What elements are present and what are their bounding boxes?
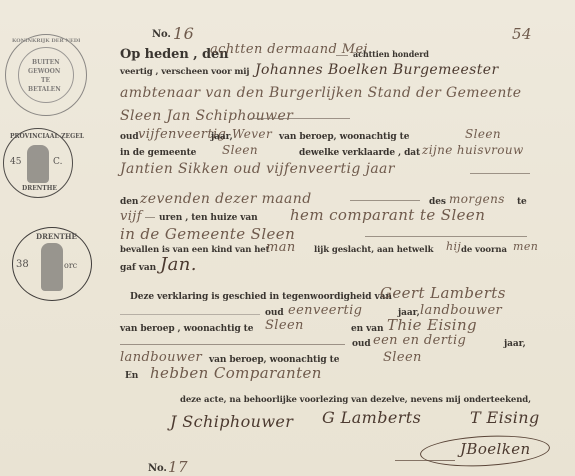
text-veertig: veertig , verscheen voor mij [120, 67, 249, 77]
entry-number: 16 [173, 24, 194, 43]
text-year-prefix: achttien honderd [353, 49, 429, 59]
hand-comparanten: hebben Comparanten [150, 364, 322, 382]
hand-men: men [513, 240, 538, 253]
hand-residence: Sleen [465, 127, 501, 141]
crown-emblem-icon [41, 243, 63, 291]
hand-wife: zijne huisvrouw [422, 143, 524, 157]
text-deze-verklaring: Deze verklaring is geschied in tegenwoor… [130, 292, 392, 302]
text-gaf-van: gaf van [120, 263, 156, 273]
hand-hour: vijf [120, 209, 142, 224]
fill-line [250, 118, 350, 119]
stamp-line: GEWOON [28, 68, 60, 75]
signature-underline [395, 460, 455, 461]
stamp-ring-top: PROVINCIAAL-ZEGEL [10, 133, 84, 140]
hand-witness-2: Thie Eising [387, 316, 477, 334]
stamp-value-left: 45 [10, 157, 21, 167]
signature-witness-2: T Eising [470, 408, 540, 427]
register-page: KONINKRIJK DER NEDERLANDEN BUITEN GEWOON… [0, 0, 575, 476]
stamp-value-right: orc [64, 261, 77, 270]
fill-line [470, 173, 530, 174]
text-oud: oud [352, 339, 371, 349]
hand-witness-2-residence: Sleen [383, 350, 422, 365]
hand-occupation: Wever [232, 127, 272, 141]
stamp-line: TE [41, 77, 50, 84]
text-beroep: van beroep, woonachtig te [279, 132, 409, 142]
hand-municipality: Sleen [222, 143, 258, 157]
hand-witness-2-occupation: landbouwer [120, 350, 202, 365]
text-jaar: jaar, [211, 132, 233, 142]
hand-child-name: Jan. [160, 254, 197, 275]
text-en: En [125, 371, 138, 381]
signature-declarant: J Schiphouwer [170, 412, 293, 431]
fill-line [336, 55, 348, 56]
hand-witness-2-age: een en dertig [373, 333, 466, 348]
signature-mayor: JBoelken [460, 440, 531, 458]
text-oud: oud [120, 132, 139, 142]
text-geslacht: lijk geslacht, aan hetwelk [314, 245, 433, 255]
hand-time-of-day: morgens [449, 192, 505, 206]
text-den: den [120, 197, 138, 207]
stamp-line: BETALEN [28, 86, 61, 93]
provincial-seal-stamp-drenthe: DRENTHE 38 orc [12, 227, 92, 301]
hand-witness-1-residence: Sleen [265, 318, 304, 333]
stamp-value-right: C. [53, 157, 62, 167]
text-uren: uren , ten huize van [159, 213, 258, 223]
crown-emblem-icon [27, 145, 49, 183]
provincial-seal-stamp-45c: PROVINCIAAL-ZEGEL 45 C. DRENTHE [3, 128, 73, 198]
text-voorna: de voorna [461, 245, 507, 255]
signature-witness-1: G Lamberts [322, 408, 421, 427]
page-mark: 54 [512, 25, 532, 43]
next-entry-label: No. [148, 463, 167, 474]
text-jaar: jaar, [504, 339, 526, 349]
fill-line [120, 344, 345, 345]
text-te: te [517, 197, 527, 207]
hand-witness-1: Geert Lamberts [380, 284, 506, 302]
fill-line [145, 217, 155, 218]
hand-birth-place: hem comparant te Sleen [290, 206, 485, 224]
text-closing-statement: deze acte, na behoorlijke voorlezing van… [180, 395, 531, 405]
text-gemeente: in de gemeente [120, 148, 196, 158]
hand-declarant: Sleen Jan Schiphouwer [120, 108, 293, 124]
stamp-value-left: 38 [16, 259, 29, 270]
hand-mother: Jantien Sikken oud vijfenveertig jaar [120, 161, 395, 177]
stamp-ring-top: DRENTHE [36, 232, 77, 241]
fill-line [120, 314, 260, 315]
stamp-line: BUITEN [32, 59, 60, 66]
hand-birth-date: zevenden dezer maand [140, 191, 312, 207]
revenue-stamp-buiten-gewoon: KONINKRIJK DER NEDERLANDEN BUITEN GEWOON… [5, 34, 87, 116]
text-dewelke: dewelke verklaarde , dat [299, 148, 420, 158]
stamp-ring-bottom: DRENTHE [22, 185, 57, 192]
text-van-beroep: van beroep , woonachtig te [120, 324, 253, 334]
hand-mayor: Johannes Boelken Burgemeester [255, 62, 499, 78]
text-oud: oud [265, 308, 284, 318]
hand-witness-1-age: eenveertig [288, 303, 362, 318]
next-entry-number: 17 [168, 458, 188, 476]
stamp-ring-text: KONINKRIJK DER NEDERLANDEN [12, 38, 80, 44]
fill-line [350, 200, 420, 201]
entry-number-label: No. [152, 29, 171, 40]
hand-office: ambtenaar van den Burgerlijken Stand der… [120, 85, 521, 101]
hand-sex: man [266, 240, 296, 255]
fill-line [365, 236, 527, 237]
hand-pronoun: hij [446, 240, 461, 253]
